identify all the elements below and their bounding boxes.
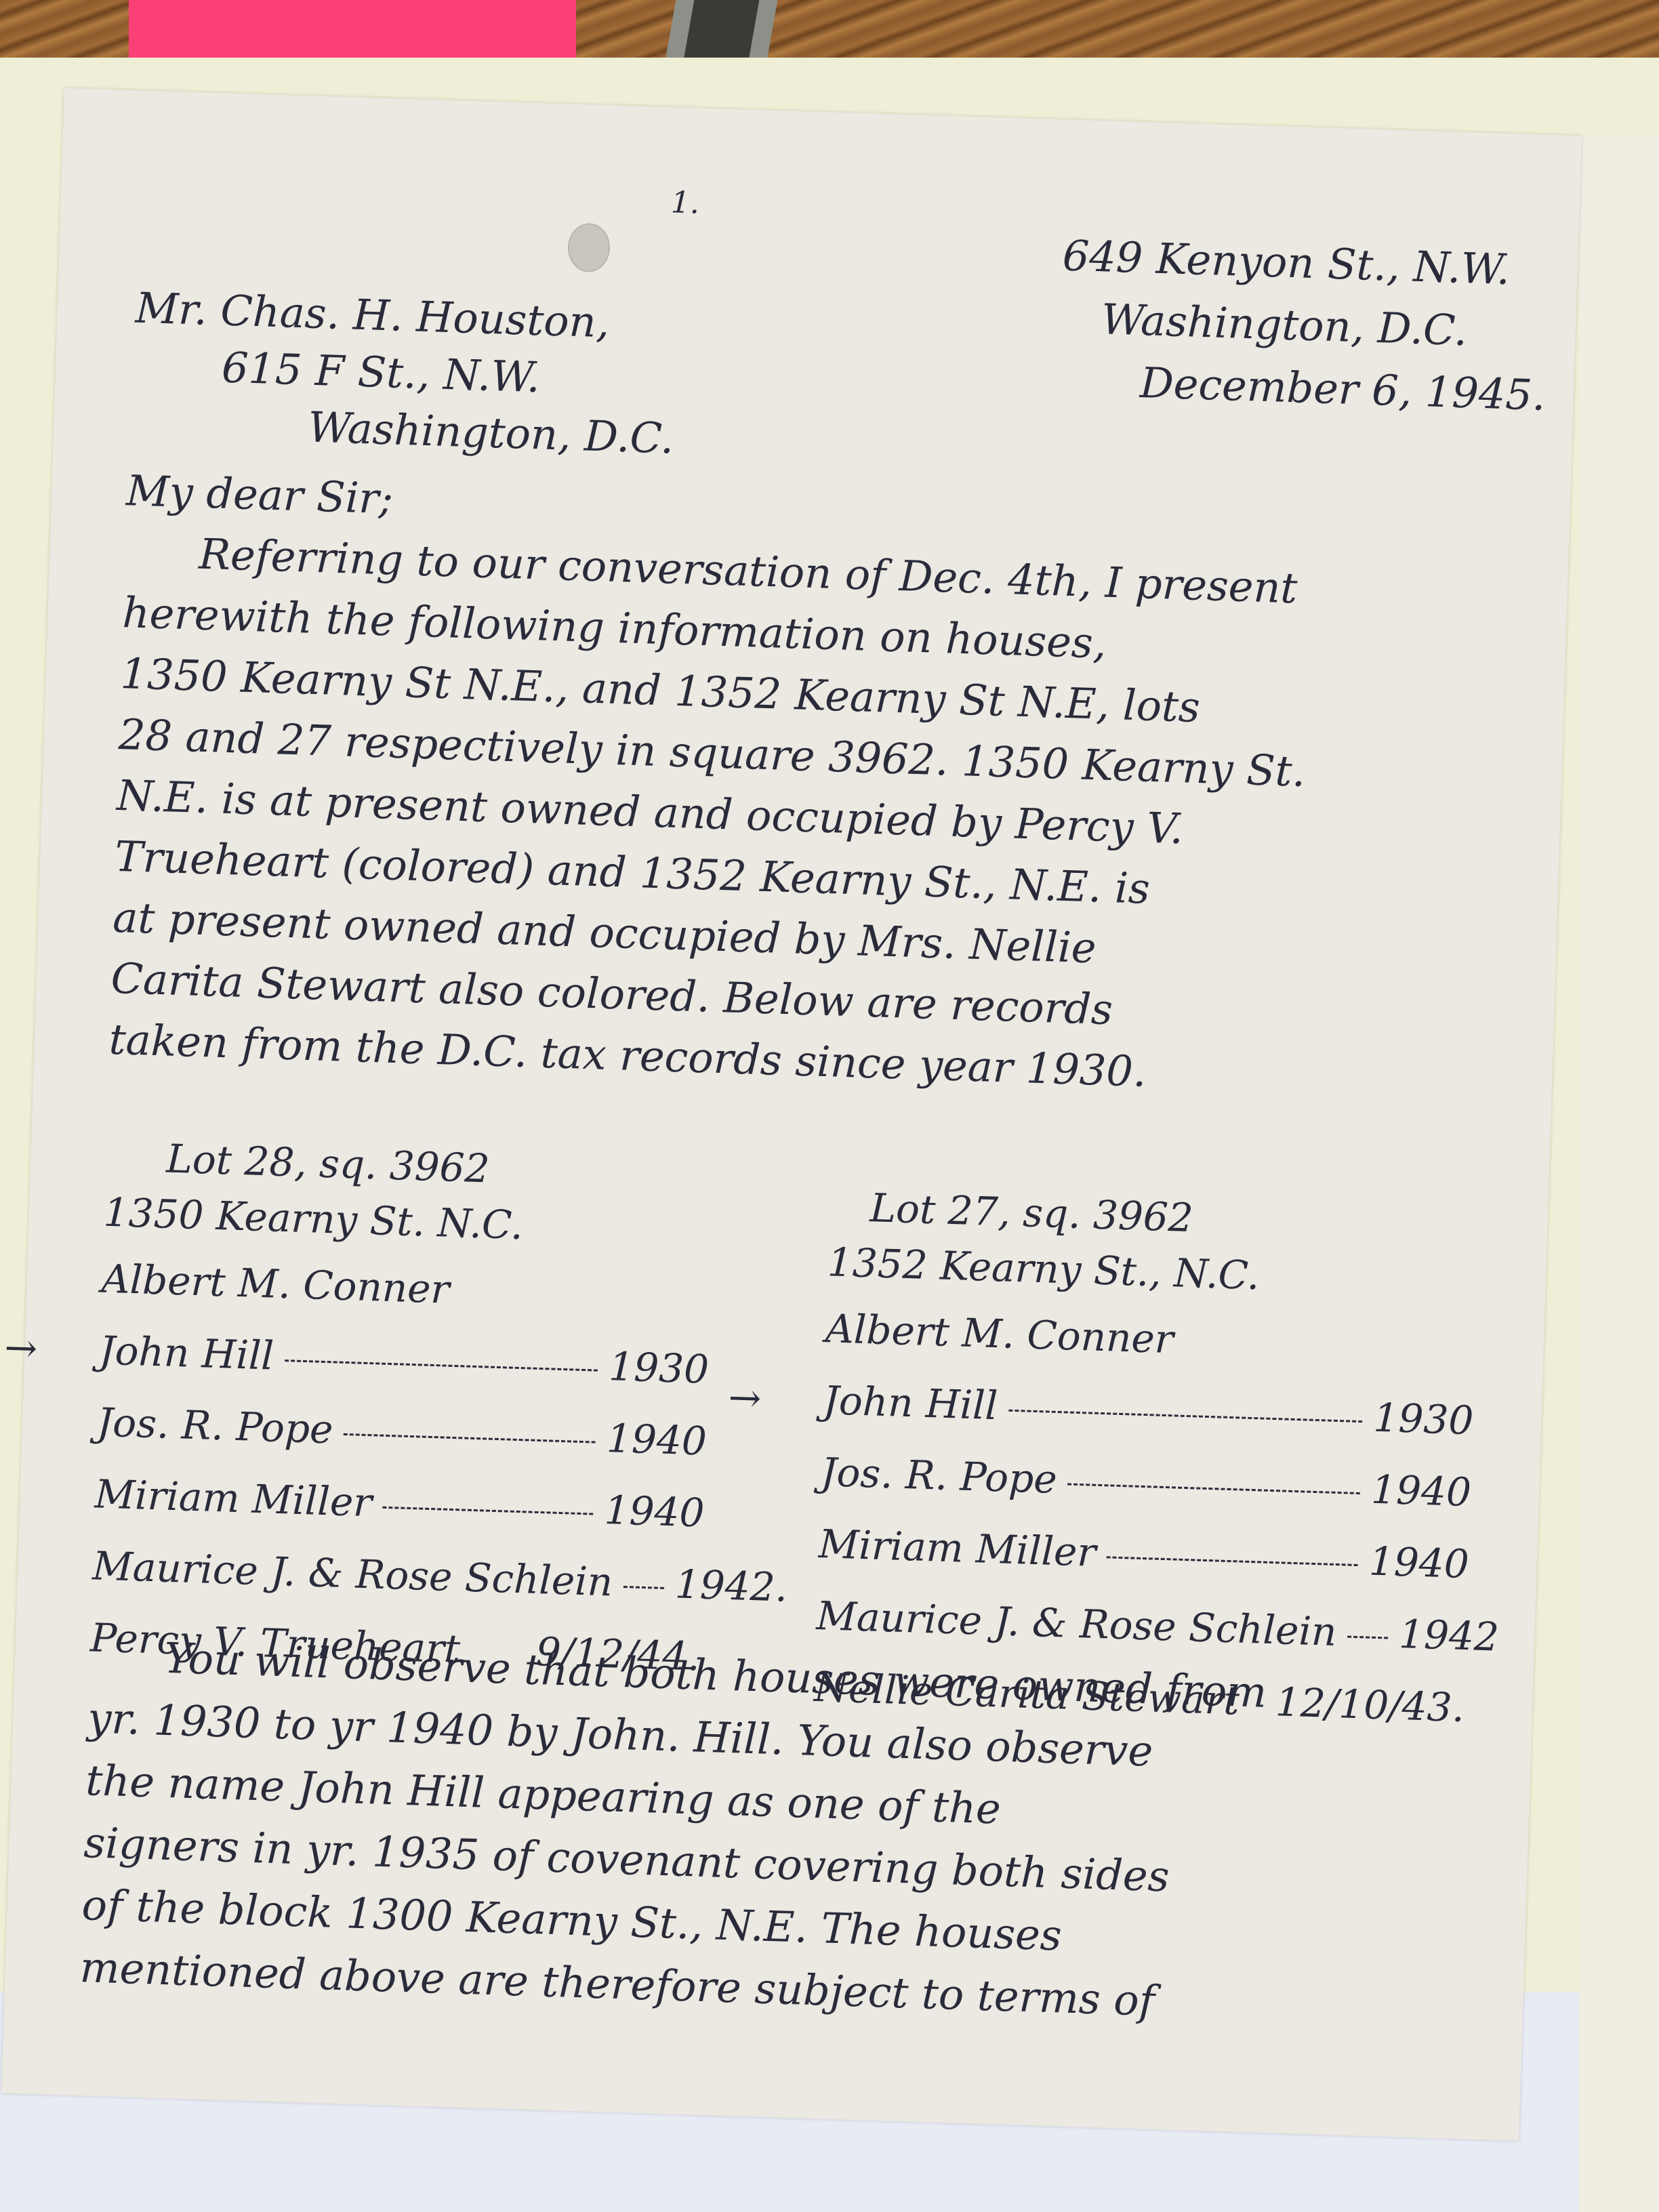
owner-row: Maurice J. & Rose Schlein 1942. (91, 1542, 703, 1607)
owner-row: Albert M. Conner (101, 1256, 712, 1321)
owner-year: 1942. (674, 1561, 788, 1610)
record-column-lot-28: Lot 28, sq. 3962 1350 Kearny St. N.C. Al… (89, 1134, 716, 1706)
owner-name: Albert M. Conner (101, 1256, 451, 1313)
sender-street: 649 Kenyon St., N.W. (1062, 234, 1550, 292)
owner-year: 1942 (1398, 1611, 1500, 1660)
arrow-right-icon: → (4, 1324, 39, 1371)
recipient-street: 615 F St., N.W. (221, 347, 676, 403)
leader-dots (285, 1359, 598, 1372)
owner-name: Jos. R. Pope (820, 1449, 1057, 1502)
owner-name: Jos. R. Pope (96, 1399, 333, 1453)
owner-row: Miriam Miller 1940 (818, 1521, 1470, 1587)
closing-paragraph: You will observe that both houses were o… (79, 1635, 1267, 2045)
sender-city: Washington, D.C. (1101, 298, 1548, 354)
leader-dots (1107, 1556, 1358, 1566)
arrow-right-icon: → (728, 1374, 762, 1421)
leader-dots (344, 1433, 596, 1443)
recipient-city: Washington, D.C. (307, 407, 674, 460)
owner-row: → John Hill 1930 (823, 1377, 1475, 1443)
owner-name: John Hill (98, 1328, 274, 1379)
owner-year: 12/10/43. (1275, 1679, 1465, 1731)
handwritten-letter-page: 1. 649 Kenyon St., N.W. Washington, D.C.… (1, 88, 1582, 2141)
owner-year: 1940 (1368, 1538, 1470, 1588)
leader-dots (1067, 1483, 1360, 1495)
owner-name: Maurice J. & Rose Schlein (816, 1593, 1338, 1655)
lot-heading: Lot 27, sq. 3962 (869, 1185, 1481, 1250)
punch-hole (567, 222, 611, 272)
owner-year: 1930 (608, 1343, 710, 1393)
owner-row: Jos. R. Pope 1940 (820, 1449, 1472, 1515)
owner-name: Miriam Miller (94, 1471, 373, 1525)
recipient-address-block: Mr. Chas. H. Houston, 615 F St., N.W. Wa… (131, 287, 678, 474)
leader-dots (1008, 1410, 1363, 1422)
leader-dots (383, 1507, 594, 1515)
closing-line: mentioned above are therefore subject to… (79, 1946, 1258, 2026)
recipient-name: Mr. Chas. H. Houston, (135, 287, 678, 346)
lot-heading: Lot 28, sq. 3962 (165, 1136, 716, 1199)
owner-year: 1940 (604, 1487, 705, 1536)
letter-body: My dear Sir; Referring to our conversati… (108, 470, 1515, 1123)
page-number: 1. (670, 185, 700, 220)
owner-row: Albert M. Conner (825, 1305, 1477, 1372)
owner-name: Albert M. Conner (825, 1305, 1174, 1362)
leader-dots (623, 1586, 664, 1589)
lot-address: 1350 Kearny St. N.C. (103, 1189, 714, 1254)
owner-year: 1940 (1370, 1467, 1472, 1516)
owner-name: Miriam Miller (818, 1521, 1097, 1576)
owner-row: → John Hill 1930 (98, 1328, 710, 1393)
leader-dots (1347, 1636, 1388, 1639)
owner-row: Jos. R. Pope 1940 (96, 1399, 708, 1465)
owner-year: 1940 (606, 1415, 708, 1465)
sender-address-block: 649 Kenyon St., N.W. Washington, D.C. De… (1057, 234, 1550, 436)
owner-name: John Hill (823, 1377, 999, 1429)
letter-date: December 6, 1945. (1139, 362, 1546, 417)
lot-address: 1352 Kearny St., N.C. (827, 1239, 1479, 1305)
owner-name: Maurice J. & Rose Schlein (91, 1542, 613, 1605)
owner-row: Miriam Miller 1940 (94, 1471, 705, 1536)
folder-edge-strip: E (1579, 136, 1659, 2212)
owner-year: 1930 (1373, 1395, 1475, 1444)
owner-row: Maurice J. & Rose Schlein 1942 (816, 1593, 1468, 1659)
